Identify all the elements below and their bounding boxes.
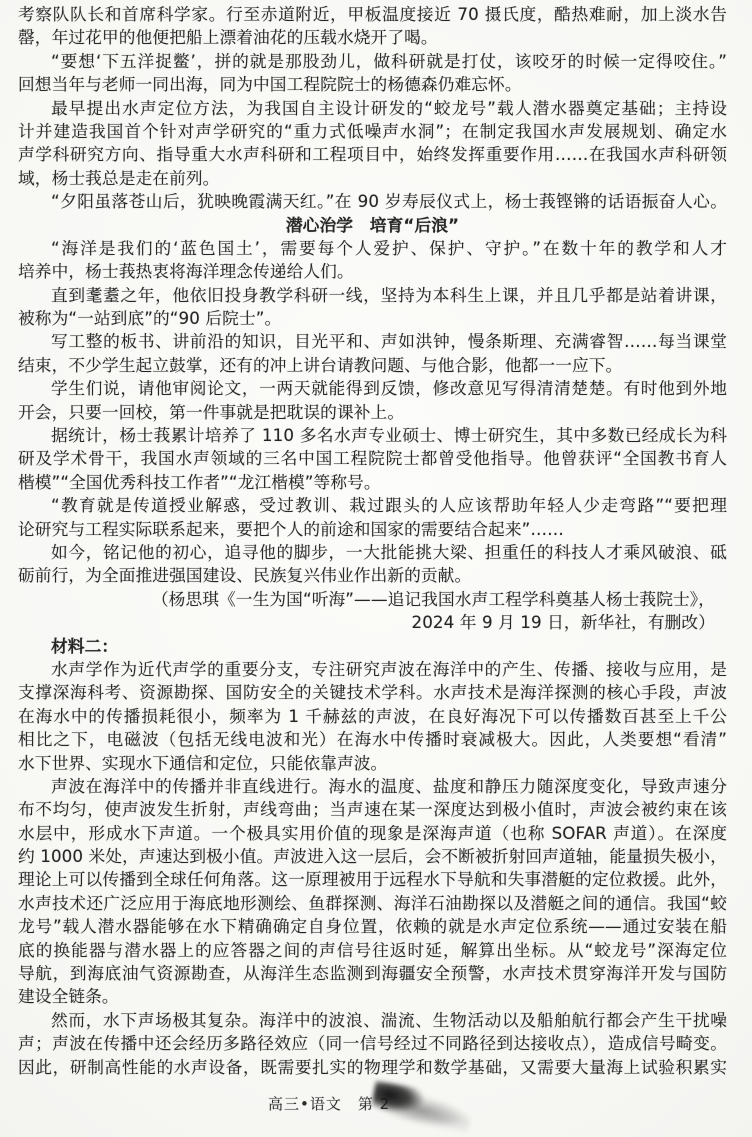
page-curl-shadow-smudge [370,1081,475,1134]
text-line: 声学科研究方向、指导重大水声科研和工程项目中，始终发挥重要作用……在我国水声科研… [18,143,727,166]
text-line: 水下世界、实现水下通信和定位，只能依靠声波。 [18,752,727,775]
text-line: 计并建造我国首个针对声学研究的“重力式低噪声水洞”；在制定我国水声发展规划、确定… [18,120,727,143]
exam-page-scan: 考察队队长和首席科学家。行至赤道附近，甲板温度接近 70 摄氏度，酷热难耐，加上… [0,0,752,1137]
text-line: 约 1000 米处，声速达到极小值。声波进入这一层后，会不断被折射回声道轴，能量… [18,845,727,868]
text-line: 水声学作为近代声学的重要分支，专注研究声波在海洋中的产生、传播、接收与应用，是 [18,658,727,681]
text-line: 声波在海洋中的传播并非直线进行。海水的温度、盐度和静压力随深度变化，导致声速分 [18,775,727,798]
text-line: 支撑深海科考、资源勘探、国防安全的关键技术学科。水声技术是海洋探测的核心手段，声… [18,681,727,704]
text-line: 被称为“一站到底”的“90 后院士”。 [18,307,727,330]
text-line: 最早提出水声定位方法，为我国自主设计研发的“蛟龙号”载人潜水器奠定基础；主持设 [18,97,727,120]
text-line: 然而，水下声场极其复杂。海洋中的波浪、湍流、生物活动以及船舶航行都会产生干扰噪 [18,1009,727,1032]
document-text-block: 考察队队长和首席科学家。行至赤道附近，甲板温度接近 70 摄氏度，酷热难耐，加上… [18,3,727,1079]
text-line: “教育就是传道授业解惑，受过教训、栽过跟头的人应该帮助年轻人少走弯路”“要把理 [18,494,727,517]
section-heading: 潜心治学 培育“后浪” [18,214,727,237]
text-line: 砺前行，为全面推进强国建设、民族复兴伟业作出新的贡献。 [18,564,727,587]
text-line: 布不均匀，使声波发生折射，声线弯曲；当声速在某一深度达到极小值时，声波会被约束在… [18,798,727,821]
text-line: 回想当年与老师一同出海，同为中国工程院院士的杨德森仍难忘怀。 [18,73,727,96]
text-line: 底的换能器与潜水器上的应答器之间的声信号往返时延，解算出坐标。从“蛟龙号”深海定… [18,939,727,962]
text-line: 如今，铭记他的初心，追寻他的脚步，一大批能挑大梁、担重任的科技人才乘风破浪、砥 [18,541,727,564]
attribution-line-1: （杨思琪《一生为国“听海”——追记我国水声工程学科奠基人杨士莪院士》， [18,588,727,611]
text-line: 在海水中的传播损耗很小，频率为 1 千赫兹的声波，在良好海况下可以传播数百甚至上… [18,705,727,728]
text-line: “海洋是我们的‘蓝色国土’，需要每个人爱护、保护、守护。”在数十年的教学和人才 [18,237,727,260]
text-line: 考察队队长和首席科学家。行至赤道附近，甲板温度接近 70 摄氏度，酷热难耐，加上… [18,3,727,26]
text-line: 论研究与工程实际联系起来，要把个人的前途和国家的需要结合起来”…… [18,518,727,541]
text-line: 导航，到海底油气资源勘查，从海洋生态监测到海疆安全预警，水声技术贯穿海洋开发与国… [18,962,727,985]
text-line: 声；声波在传播中还会经历多路径效应（同一信号经过不同路径到达接收点），造成信号畸… [18,1032,727,1055]
text-line: 据统计，杨士莪累计培养了 110 多名水声专业硕士、博士研究生，其中多数已经成长… [18,424,727,447]
text-line: 学生们说，请他审阅论文，一两天就能得到反馈，修改意见写得清清楚楚。有时他到外地 [18,377,727,400]
text-line: 写工整的板书、讲前沿的知识，目光平和、声如洪钟，慢条斯理、充满睿智……每当课堂 [18,330,727,353]
text-line: 结束，不少学生起立鼓掌，还有的冲上讲台请教问题、与他合影，他都一一应下。 [18,354,727,377]
text-line: 理论上可以传播到全球任何角落。这一原理被用于远程水下导航和失事潜艇的定位救援。此… [18,868,727,891]
text-line: 直到耄耋之年，他依旧投身教学科研一线，坚持为本科生上课，并且几乎都是站着讲课， [18,284,727,307]
text-line: 水声技术还广泛应用于海底地形测绘、鱼群探测、海洋石油勘探以及潜艇之间的通信。我国… [18,892,727,915]
text-line: 龙号”载人潜水器能够在水下精确确定自身位置，依赖的就是水声定位系统——通过安装在… [18,915,727,938]
text-line: “要想‘下五洋捉鳖’，拼的就是那股劲儿，做科研就是打仗，该咬牙的时候一定得咬住。… [18,50,727,73]
text-line: 因此，研制高性能的水声设备，既需要扎实的物理学和数学基础，又需要大量海上试验积累… [18,1056,727,1079]
text-line: 楷模”“全国优秀科技工作者”“龙江楷模”等称号。 [18,471,727,494]
text-line: 罄，年过花甲的他便把船上漂着油花的压载水烧开了喝。 [18,26,727,49]
text-line: 研及学术骨干，我国水声领域的三名中国工程院院士都曾受他指导。他曾获评“全国教书育… [18,447,727,470]
text-line: 相比之下，电磁波（包括无线电波和光）在海水中传播时衰减极大。因此，人类要想“看清… [18,728,727,751]
text-line: 域，杨士莪总是走在前列。 [18,167,727,190]
material-two-label: 材料二： [18,635,727,658]
attribution-line-2: 2024 年 9 月 19 日，新华社，有删改） [18,611,727,634]
text-line: 水层中，形成水下声道。一个极具实用价值的现象是深海声道（也称 SOFAR 声道）… [18,822,727,845]
text-line: 建设全链条。 [18,985,727,1008]
text-line: 培养中，杨士莪热衷将海洋理念传递给人们。 [18,260,727,283]
text-line: “夕阳虽落苍山后，犹映晚霞满天红。”在 90 岁寿辰仪式上，杨士莪铿锵的话语振奋… [18,190,727,213]
text-line: 开会，只要一回校，第一件事就是把耽误的课补上。 [18,401,727,424]
